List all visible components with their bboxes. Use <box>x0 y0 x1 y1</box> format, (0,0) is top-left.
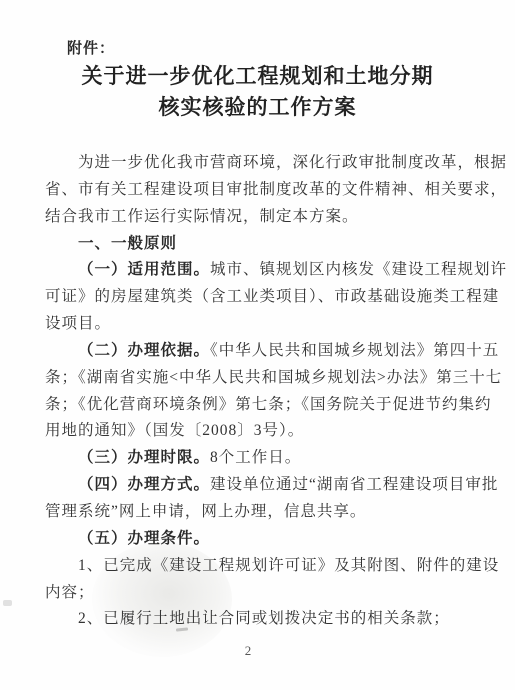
text-line: 管理系统”网上申请，网上办理，信息共享。 <box>45 499 481 526</box>
text-line: 1、已完成《建设工程规划许可证》及其附图、附件的建设 <box>45 553 481 580</box>
text-segment: 省、市有关工程建设项目审批制度改革的文件精神、相关要求， <box>45 181 507 198</box>
text-line: 设项目。 <box>45 311 481 338</box>
text-line: （三）办理时限。8个工作日。 <box>45 445 481 472</box>
text-segment-bold: （四）办理方式。 <box>78 476 210 493</box>
text-line: 为进一步优化我市营商环境，深化行政审批制度改革，根据 <box>45 150 481 177</box>
scanned-document-page: 附件： 关于进一步优化工程规划和土地分期 核实核验的工作方案 为进一步优化我市营… <box>0 0 515 690</box>
text-segment-bold: 一、一般原则 <box>78 235 177 252</box>
document-title-line-2: 核实核验的工作方案 <box>159 95 357 119</box>
text-segment-bold: （五）办理条件。 <box>78 530 210 547</box>
text-segment: 《中华人民共和国城乡规划法》第四十五 <box>210 342 499 359</box>
text-line: 2、已履行土地出让合同或划拨决定书的相关条款； <box>45 606 481 633</box>
text-line: 条；《优化营商环境条例》第七条；《国务院关于促进节约集约 <box>45 392 481 419</box>
text-line: 条；《湖南省实施<中华人民共和国城乡规划法>办法》第三十七 <box>45 365 481 392</box>
text-segment: 1、已完成《建设工程规划许可证》及其附图、附件的建设 <box>78 557 499 574</box>
text-segment: 条；《湖南省实施<中华人民共和国城乡规划法>办法》第三十七 <box>45 369 502 386</box>
text-line: 一、一般原则 <box>45 231 481 258</box>
text-segment: 可证》的房屋建筑类（含工业类项目）、市政基础设施类工程建 <box>45 288 499 305</box>
text-segment: 为进一步优化我市营商环境，深化行政审批制度改革，根据 <box>78 154 507 171</box>
text-line: （一）适用范围。城市、镇规划区内核发《建设工程规划许 <box>45 257 481 284</box>
text-segment-bold: （二）办理依据。 <box>78 342 210 359</box>
text-line: （二）办理依据。《中华人民共和国城乡规划法》第四十五 <box>45 338 481 365</box>
text-line: 用地的通知》（国发〔2008〕3号）。 <box>45 418 481 445</box>
document-body: 为进一步优化我市营商环境，深化行政审批制度改革，根据省、市有关工程建设项目审批制… <box>45 150 481 633</box>
text-segment: 8个工作日。 <box>210 449 301 466</box>
text-segment: 内容； <box>45 584 95 601</box>
text-segment-bold: （一）适用范围。 <box>78 261 210 278</box>
text-line: 内容； <box>45 580 481 607</box>
document-title: 关于进一步优化工程规划和土地分期 核实核验的工作方案 <box>0 61 515 123</box>
text-segment: 结合我市工作运行实际情况，制定本方案。 <box>45 208 359 225</box>
attachment-label: 附件： <box>67 37 115 58</box>
text-segment: 用地的通知》（国发〔2008〕3号）。 <box>45 422 304 439</box>
scan-speck <box>3 600 12 606</box>
text-line: 省、市有关工程建设项目审批制度改革的文件精神、相关要求， <box>45 177 481 204</box>
text-line: （五）办理条件。 <box>45 526 481 553</box>
text-segment: 管理系统”网上申请，网上办理，信息共享。 <box>45 503 366 520</box>
text-segment: 条；《优化营商环境条例》第七条；《国务院关于促进节约集约 <box>45 396 492 413</box>
text-segment: 2、已履行土地出让合同或划拨决定书的相关条款； <box>78 610 450 627</box>
text-line: 结合我市工作运行实际情况，制定本方案。 <box>45 204 481 231</box>
page-number: 2 <box>0 643 496 659</box>
text-segment: 建设单位通过“湖南省工程建设项目审批 <box>210 476 498 493</box>
text-line: 可证》的房屋建筑类（含工业类项目）、市政基础设施类工程建 <box>45 284 481 311</box>
text-segment: 城市、镇规划区内核发《建设工程规划许 <box>210 261 507 278</box>
text-line: （四）办理方式。建设单位通过“湖南省工程建设项目审批 <box>45 472 481 499</box>
document-title-line-1: 关于进一步优化工程规划和土地分期 <box>82 64 434 88</box>
text-segment-bold: （三）办理时限。 <box>78 449 210 466</box>
text-segment: 设项目。 <box>45 315 111 332</box>
